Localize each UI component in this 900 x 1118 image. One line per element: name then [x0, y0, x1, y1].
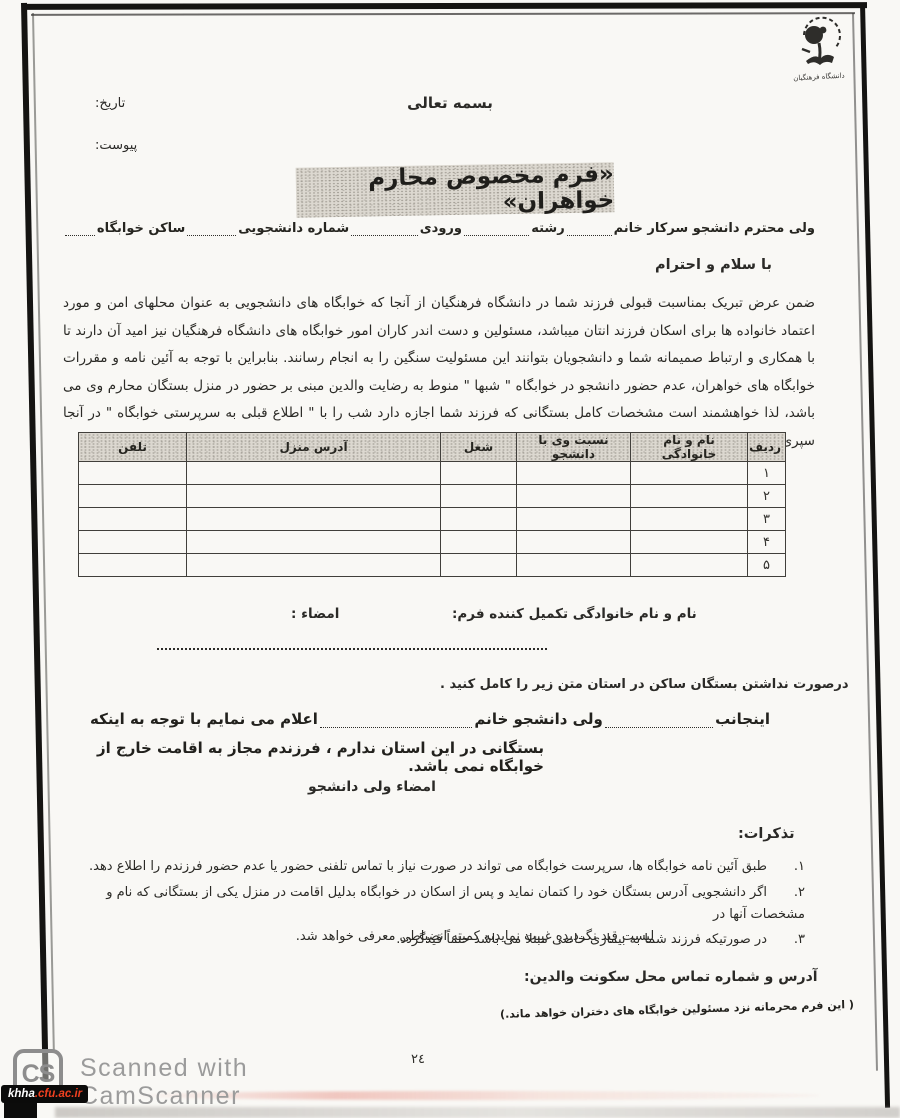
site-url-badge: khha.cfu.ac.ir: [1, 1085, 88, 1103]
empty-cell: [441, 508, 517, 531]
note-number: ۳.: [781, 929, 805, 951]
empty-cell: [79, 531, 187, 554]
inner-border-top: [31, 12, 855, 15]
parents-address-heading: آدرس و شماره تماس محل سکونت والدین:: [524, 969, 818, 985]
empty-cell: [517, 485, 631, 508]
row-number-cell: ۲: [748, 485, 786, 508]
empty-cell: [441, 531, 517, 554]
row-number-cell: ۳: [748, 508, 786, 531]
site-url-suffix: .cfu.ac.ir: [35, 1088, 82, 1100]
entry-label: ورودی: [420, 221, 462, 236]
field-blank: [464, 223, 529, 236]
scanned-form-page: دانشگاه فرهنگیان تاریخ: پیوست: بسمه تعال…: [0, 0, 900, 1118]
university-logo: دانشگاه فرهنگیان: [786, 13, 852, 91]
empty-cell: [631, 462, 748, 485]
empty-cell: [79, 554, 187, 577]
scan-frame-top: [22, 2, 867, 10]
empty-cell: [517, 531, 631, 554]
empty-cell: [517, 554, 631, 577]
basmala-text: بسمه تعالی: [370, 94, 530, 112]
form-title: «فرم مخصوص محارم خواهران»: [296, 162, 615, 218]
table-row: ۲: [79, 485, 786, 508]
col-header-home-address: آدرس منزل: [187, 433, 441, 462]
note-text: در صورتیکه فرزند شما به بیماری خاصی مبتل…: [396, 932, 767, 947]
note-text: اگر دانشجویی آدرس بستگان خود را کتمان نم…: [106, 885, 805, 922]
date-label: تاریخ:: [95, 96, 125, 111]
col-header-occupation: شغل: [441, 433, 517, 462]
table-row: ۱: [79, 462, 786, 485]
declaration-guardian-of: ولی دانشجو خانم: [474, 710, 602, 728]
guardian-name-blank: [567, 223, 612, 236]
empty-cell: [187, 508, 441, 531]
attachment-label: پیوست:: [95, 138, 137, 153]
declaration-i-declare: اعلام می نمایم با توجه به اینکه: [90, 710, 318, 728]
empty-cell: [79, 485, 187, 508]
field-label: رشته: [531, 221, 564, 236]
empty-cell: [187, 554, 441, 577]
empty-cell: [517, 508, 631, 531]
table-header-row: ردیف نام و نام خانوادگی نسبت وی با دانشج…: [79, 433, 786, 462]
table-row: ۳: [79, 508, 786, 531]
entry-blank: [351, 223, 418, 236]
row-number-cell: ۴: [748, 531, 786, 554]
col-header-relation: نسبت وی با دانشجو: [517, 433, 631, 462]
row-number-cell: ۱: [748, 462, 786, 485]
page-number: ۲٤: [411, 1052, 425, 1067]
empty-cell: [631, 485, 748, 508]
empty-cell: [517, 462, 631, 485]
salutation: با سلام و احترام: [655, 257, 815, 273]
col-header-row-number: ردیف: [748, 433, 786, 462]
relatives-table: ردیف نام و نام خانوادگی نسبت وی با دانشج…: [78, 432, 785, 577]
camscanner-watermark-line2: CamScanner: [80, 1082, 241, 1111]
empty-cell: [631, 554, 748, 577]
camscanner-watermark-line1: Scanned with: [80, 1054, 248, 1083]
student-id-blank: [187, 223, 236, 236]
dorm-label: ساکن خوابگاه: [97, 221, 185, 236]
empty-cell: [187, 485, 441, 508]
no-relatives-instruction: درصورت نداشتن بستگان ساکن در استان متن ز…: [440, 677, 849, 692]
row-number-cell: ۵: [748, 554, 786, 577]
intro-paragraph: ضمن عرض تبریک بمناسبت قبولی فرزند شما در…: [63, 290, 815, 455]
guardian-label: ولی محترم دانشجو سرکار خانم: [614, 221, 815, 236]
guardian-signature-label: امضاء ولی دانشجو: [308, 779, 436, 795]
confidential-note: ( این فرم محرمانه نزد مسئولین خوابگاه ها…: [500, 998, 854, 1021]
empty-cell: [187, 462, 441, 485]
signature-label: امضاء :: [291, 606, 339, 622]
note-item-1: ۱.طبق آئین نامه خوابگاه ها، سرپرست خوابگ…: [75, 856, 805, 878]
declaration-line1: اینجانب ولی دانشجو خانم اعلام می نمایم ب…: [90, 710, 770, 728]
col-header-phone: تلفن: [79, 433, 187, 462]
declaration-i-undersigned: اینجانب: [715, 710, 770, 728]
student-info-line: ولی محترم دانشجو سرکار خانم رشته ورودی ش…: [63, 221, 815, 236]
declaration-line2: بستگانی در این استان ندارم ، فرزندم مجاز…: [90, 739, 770, 775]
notes-heading: تذکرات:: [738, 826, 795, 842]
empty-cell: [441, 485, 517, 508]
table-row: ۵: [79, 554, 786, 577]
col-header-full-name: نام و نام خانوادگی: [631, 433, 748, 462]
completer-name-label: نام و نام خانوادگی تکمیل کننده فرم:: [452, 606, 697, 622]
empty-cell: [441, 462, 517, 485]
university-emblem-icon: [790, 13, 848, 73]
note-number: ۱.: [781, 856, 805, 878]
completer-name-blank: [157, 636, 547, 650]
empty-cell: [441, 554, 517, 577]
site-url-prefix: khha: [8, 1088, 35, 1100]
empty-cell: [631, 508, 748, 531]
empty-cell: [187, 531, 441, 554]
note-number: ۲.: [781, 882, 805, 904]
guardian-name-blank: [605, 715, 713, 728]
empty-cell: [631, 531, 748, 554]
empty-cell: [79, 508, 187, 531]
student-id-label: شماره دانشجویی: [238, 221, 349, 236]
empty-cell: [79, 462, 187, 485]
note-text: طبق آئین نامه خوابگاه ها، سرپرست خوابگاه…: [89, 859, 767, 874]
table-row: ۴: [79, 531, 786, 554]
dorm-blank: [65, 223, 95, 236]
student-name-blank: [320, 715, 472, 728]
note-item-3: ۳.در صورتیکه فرزند شما به بیماری خاصی مب…: [75, 929, 805, 951]
